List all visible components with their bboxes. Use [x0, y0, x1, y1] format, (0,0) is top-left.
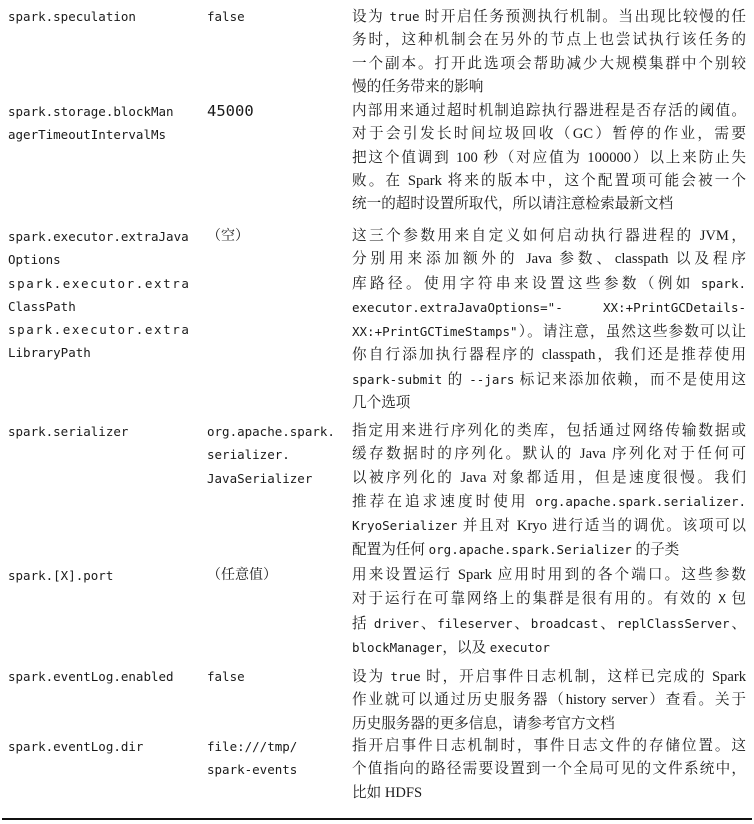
text-segment: 时开启任务预测执行机制。当出现比较慢的任 — [420, 9, 746, 25]
config-name: spark.speculation — [8, 5, 200, 28]
description-line: 对于运行在可靠网络上的集群是很有用的。有效的 X 包 — [352, 587, 746, 611]
config-name-line: spark.[X].port — [8, 564, 200, 587]
text-segment: 以被序列化的 Java 对象都适用，但是速度很慢。我们 — [352, 470, 746, 486]
text-segment: 指开启事件日志机制时，事件日志文件的存储位置。这 — [352, 738, 746, 754]
code-token: blockManager — [352, 640, 442, 655]
text-segment: 的 — [442, 372, 469, 388]
config-default: org.apache.spark.serializer.JavaSerializ… — [207, 420, 347, 490]
description-line: 个值指向的路径需要设置到一个全局可见的文件系统中， — [352, 758, 746, 781]
config-description: 用来设置运行 Spark 应用时用到的各个端口。这些参数对于运行在可靠网络上的集… — [352, 564, 746, 660]
code-token: XX:+PrintGCTimeStamps" — [352, 324, 518, 339]
text-segment: 、 — [419, 616, 437, 632]
description-line: 几个选项 — [352, 392, 746, 415]
config-default-line: （任意值） — [207, 564, 347, 587]
config-default-line: org.apache.spark. — [207, 420, 347, 443]
description-line: 配置为任何 org.apache.spark.Serializer 的子类 — [352, 538, 746, 562]
description-line: 慢的任务带来的影响 — [352, 76, 746, 99]
config-default: （任意值） — [207, 564, 347, 587]
config-default: file:///tmp/spark-events — [207, 735, 347, 782]
config-name-line: spark.eventLog.enabled — [8, 665, 200, 688]
text-segment: 配置为任何 — [352, 542, 429, 558]
config-default-line: 45000 — [207, 100, 347, 123]
config-default-line: serializer. — [207, 443, 347, 466]
description-line: 推荐在追求速度时使用 org.apache.spark.serializer. — [352, 490, 746, 514]
text-segment: 一个副本。打开此选项会帮助减少大规模集群中个别较 — [352, 56, 746, 72]
config-description: 指开启事件日志机制时，事件日志文件的存储位置。这个值指向的路径需要设置到一个全局… — [352, 735, 746, 805]
description-line: 对于会引发长时间垃圾回收（GC）暂停的作业，需要 — [352, 123, 746, 146]
text-segment: 这三个参数用来自定义如何启动执行器进程的 JVM， — [352, 228, 746, 244]
description-line: 缓存数据时的序列化。默认的 Java 序列化对于任何可 — [352, 443, 746, 466]
text-segment: 用来设置运行 Spark 应用时用到的各个端口。这些参数 — [352, 567, 746, 583]
config-description: 这三个参数用来自定义如何启动执行器进程的 JVM，分别用来添加额外的 Java … — [352, 225, 746, 415]
config-default: false — [207, 665, 347, 688]
config-name-line: spark.executor.extra — [8, 272, 200, 295]
description-line: 指开启事件日志机制时，事件日志文件的存储位置。这 — [352, 735, 746, 758]
config-description: 设为 true 时，开启事件日志机制，这样已完成的 Spark作业就可以通过历史… — [352, 665, 746, 736]
description-line: 分别用来添加额外的 Java 参数、classpath 以及程序 — [352, 248, 746, 271]
description-line: blockManager，以及 executor — [352, 636, 746, 660]
config-default: 45000 — [207, 100, 347, 123]
description-line: executor.extraJavaOptions="- XX:+PrintGC… — [352, 296, 746, 320]
config-default-line: spark-events — [207, 758, 347, 781]
text-segment: 、 — [730, 616, 746, 632]
text-segment: 比如 HDFS — [352, 785, 422, 801]
text-segment: 务时，这种机制会在另外的节点上也尝试执行该任务的 — [352, 32, 746, 48]
text-segment: 的子类 — [632, 542, 679, 558]
description-line: 历史服务器的更多信息，请参考官方文档 — [352, 713, 746, 736]
description-line: 败。在 Spark 将来的版本中，这个配置项可能会被一个 — [352, 170, 746, 193]
text-segment: 慢的任务带来的影响 — [352, 79, 483, 95]
code-token: executor — [490, 640, 550, 655]
config-description: 设为 true 时开启任务预测执行机制。当出现比较慢的任务时，这种机制会在另外的… — [352, 5, 746, 99]
text-segment: ，以及 — [442, 640, 489, 656]
code-token: true — [389, 9, 419, 24]
description-line: 设为 true 时开启任务预测执行机制。当出现比较慢的任 — [352, 5, 746, 29]
config-default-line: （空） — [207, 225, 347, 248]
config-name: spark.eventLog.dir — [8, 735, 200, 758]
code-token: X — [718, 591, 726, 606]
description-line: 务时，这种机制会在另外的节点上也尝试执行该任务的 — [352, 29, 746, 52]
description-line: XX:+PrintGCTimeStamps"）。请注意，虽然这些参数可以让 — [352, 320, 746, 344]
config-name-line: spark.storage.blockMan — [8, 100, 200, 123]
text-segment: 指定用来进行序列化的类库，包括通过网络传输数据或 — [352, 423, 746, 439]
text-segment: ）。请注意，虽然这些参数可以让 — [518, 324, 746, 340]
code-token: fileserver — [437, 616, 512, 631]
config-name-line: spark.executor.extra — [8, 318, 200, 341]
config-name-line: spark.speculation — [8, 5, 200, 28]
text-segment: 括 — [352, 616, 374, 632]
description-line: KryoSerializer 并且对 Kryo 进行适当的调优。该项可以 — [352, 514, 746, 538]
text-segment: 统一的超时设置所取代，所以请注意检索最新文档 — [352, 196, 673, 212]
text-segment: 推荐在追求速度时使用 — [352, 494, 535, 510]
code-token: org.apache.spark.serializer. — [535, 494, 746, 509]
config-name-line: spark.executor.extraJava — [8, 225, 200, 248]
code-token: driver — [374, 616, 419, 631]
text-segment: 内部用来通过超时机制追踪执行器进程是否存活的阈值。 — [352, 103, 746, 119]
code-token: KryoSerializer — [352, 518, 457, 533]
code-token: spark-submit — [352, 372, 442, 387]
code-token: org.apache.spark.Serializer — [429, 542, 632, 557]
text-segment: 几个选项 — [352, 395, 410, 411]
text-segment: 对于运行在可靠网络上的集群是很有用的。有效的 — [352, 591, 718, 607]
text-segment: 败。在 Spark 将来的版本中，这个配置项可能会被一个 — [352, 173, 746, 189]
text-segment: 库路径。使用字符串来设置这些参数（例如 — [352, 276, 701, 292]
code-token: executor.extraJavaOptions="- XX:+PrintGC… — [352, 300, 746, 315]
config-name: spark.serializer — [8, 420, 200, 443]
config-name-line: ClassPath — [8, 295, 200, 318]
description-line: 这三个参数用来自定义如何启动执行器进程的 JVM， — [352, 225, 746, 248]
description-line: 括 driver、fileserver、broadcast、replClassS… — [352, 612, 746, 636]
text-segment: 设为 — [352, 669, 391, 685]
code-token: spark. — [701, 276, 746, 291]
config-name: spark.eventLog.enabled — [8, 665, 200, 688]
description-line: 你自行添加执行器程序的 classpath，我们还是推荐使用 — [352, 344, 746, 367]
description-line: 内部用来通过超时机制追踪执行器进程是否存活的阈值。 — [352, 100, 746, 123]
config-name-line: agerTimeoutIntervalMs — [8, 123, 200, 146]
text-segment: 历史服务器的更多信息，请参考官方文档 — [352, 716, 615, 732]
description-line: 比如 HDFS — [352, 782, 746, 805]
config-default-line: file:///tmp/ — [207, 735, 347, 758]
table-bottom-rule — [2, 818, 752, 820]
description-line: 以被序列化的 Java 对象都适用，但是速度很慢。我们 — [352, 467, 746, 490]
text-segment: 、 — [598, 616, 616, 632]
config-description: 指定用来进行序列化的类库，包括通过网络传输数据或缓存数据时的序列化。默认的 Ja… — [352, 420, 746, 563]
text-segment: 个值指向的路径需要设置到一个全局可见的文件系统中， — [352, 761, 746, 777]
config-name-line: spark.eventLog.dir — [8, 735, 200, 758]
description-line: 作业就可以通过历史服务器（history server）查看。关于 — [352, 689, 746, 712]
code-token: true — [391, 669, 421, 684]
description-line: 统一的超时设置所取代，所以请注意检索最新文档 — [352, 193, 746, 216]
text-segment: 你自行添加执行器程序的 classpath，我们还是推荐使用 — [352, 347, 746, 363]
config-description: 内部用来通过超时机制追踪执行器进程是否存活的阈值。对于会引发长时间垃圾回收（GC… — [352, 100, 746, 216]
text-segment: 缓存数据时的序列化。默认的 Java 序列化对于任何可 — [352, 446, 746, 462]
config-default: false — [207, 5, 347, 28]
config-name: spark.storage.blockManagerTimeoutInterva… — [8, 100, 200, 147]
text-segment: 分别用来添加额外的 Java 参数、classpath 以及程序 — [352, 251, 746, 267]
text-segment: 并且对 Kryo 进行适当的调优。该项可以 — [457, 518, 746, 534]
description-line: 一个副本。打开此选项会帮助减少大规模集群中个别较 — [352, 53, 746, 76]
description-line: 用来设置运行 Spark 应用时用到的各个端口。这些参数 — [352, 564, 746, 587]
text-segment: 、 — [513, 616, 531, 632]
code-token: --jars — [469, 372, 514, 387]
text-segment: 标记来添加依赖，而不是使用这 — [514, 372, 746, 388]
description-line: 设为 true 时，开启事件日志机制，这样已完成的 Spark — [352, 665, 746, 689]
config-name-line: LibraryPath — [8, 341, 200, 364]
config-name: spark.[X].port — [8, 564, 200, 587]
text-segment: 对于会引发长时间垃圾回收（GC）暂停的作业，需要 — [352, 126, 746, 142]
description-line: spark-submit 的 --jars 标记来添加依赖，而不是使用这 — [352, 368, 746, 392]
description-line: 库路径。使用字符串来设置这些参数（例如 spark. — [352, 272, 746, 296]
text-segment: 包 — [726, 591, 746, 607]
code-token: broadcast — [531, 616, 599, 631]
code-token: replClassServer — [617, 616, 730, 631]
config-default-line: false — [207, 665, 347, 688]
text-segment: 作业就可以通过历史服务器（history server）查看。关于 — [352, 692, 746, 708]
text-segment: 设为 — [352, 9, 389, 25]
config-name-line: Options — [8, 248, 200, 271]
config-name-line: spark.serializer — [8, 420, 200, 443]
config-name: spark.executor.extraJavaOptionsspark.exe… — [8, 225, 200, 365]
description-line: 把这个值调到 100 秒（对应值为 100000）以上来防止失 — [352, 147, 746, 170]
description-line: 指定用来进行序列化的类库，包括通过网络传输数据或 — [352, 420, 746, 443]
config-default-line: JavaSerializer — [207, 467, 347, 490]
text-segment: 时，开启事件日志机制，这样已完成的 Spark — [421, 669, 746, 685]
config-default-line: false — [207, 5, 347, 28]
config-default: （空） — [207, 225, 347, 248]
text-segment: 把这个值调到 100 秒（对应值为 100000）以上来防止失 — [352, 150, 746, 166]
